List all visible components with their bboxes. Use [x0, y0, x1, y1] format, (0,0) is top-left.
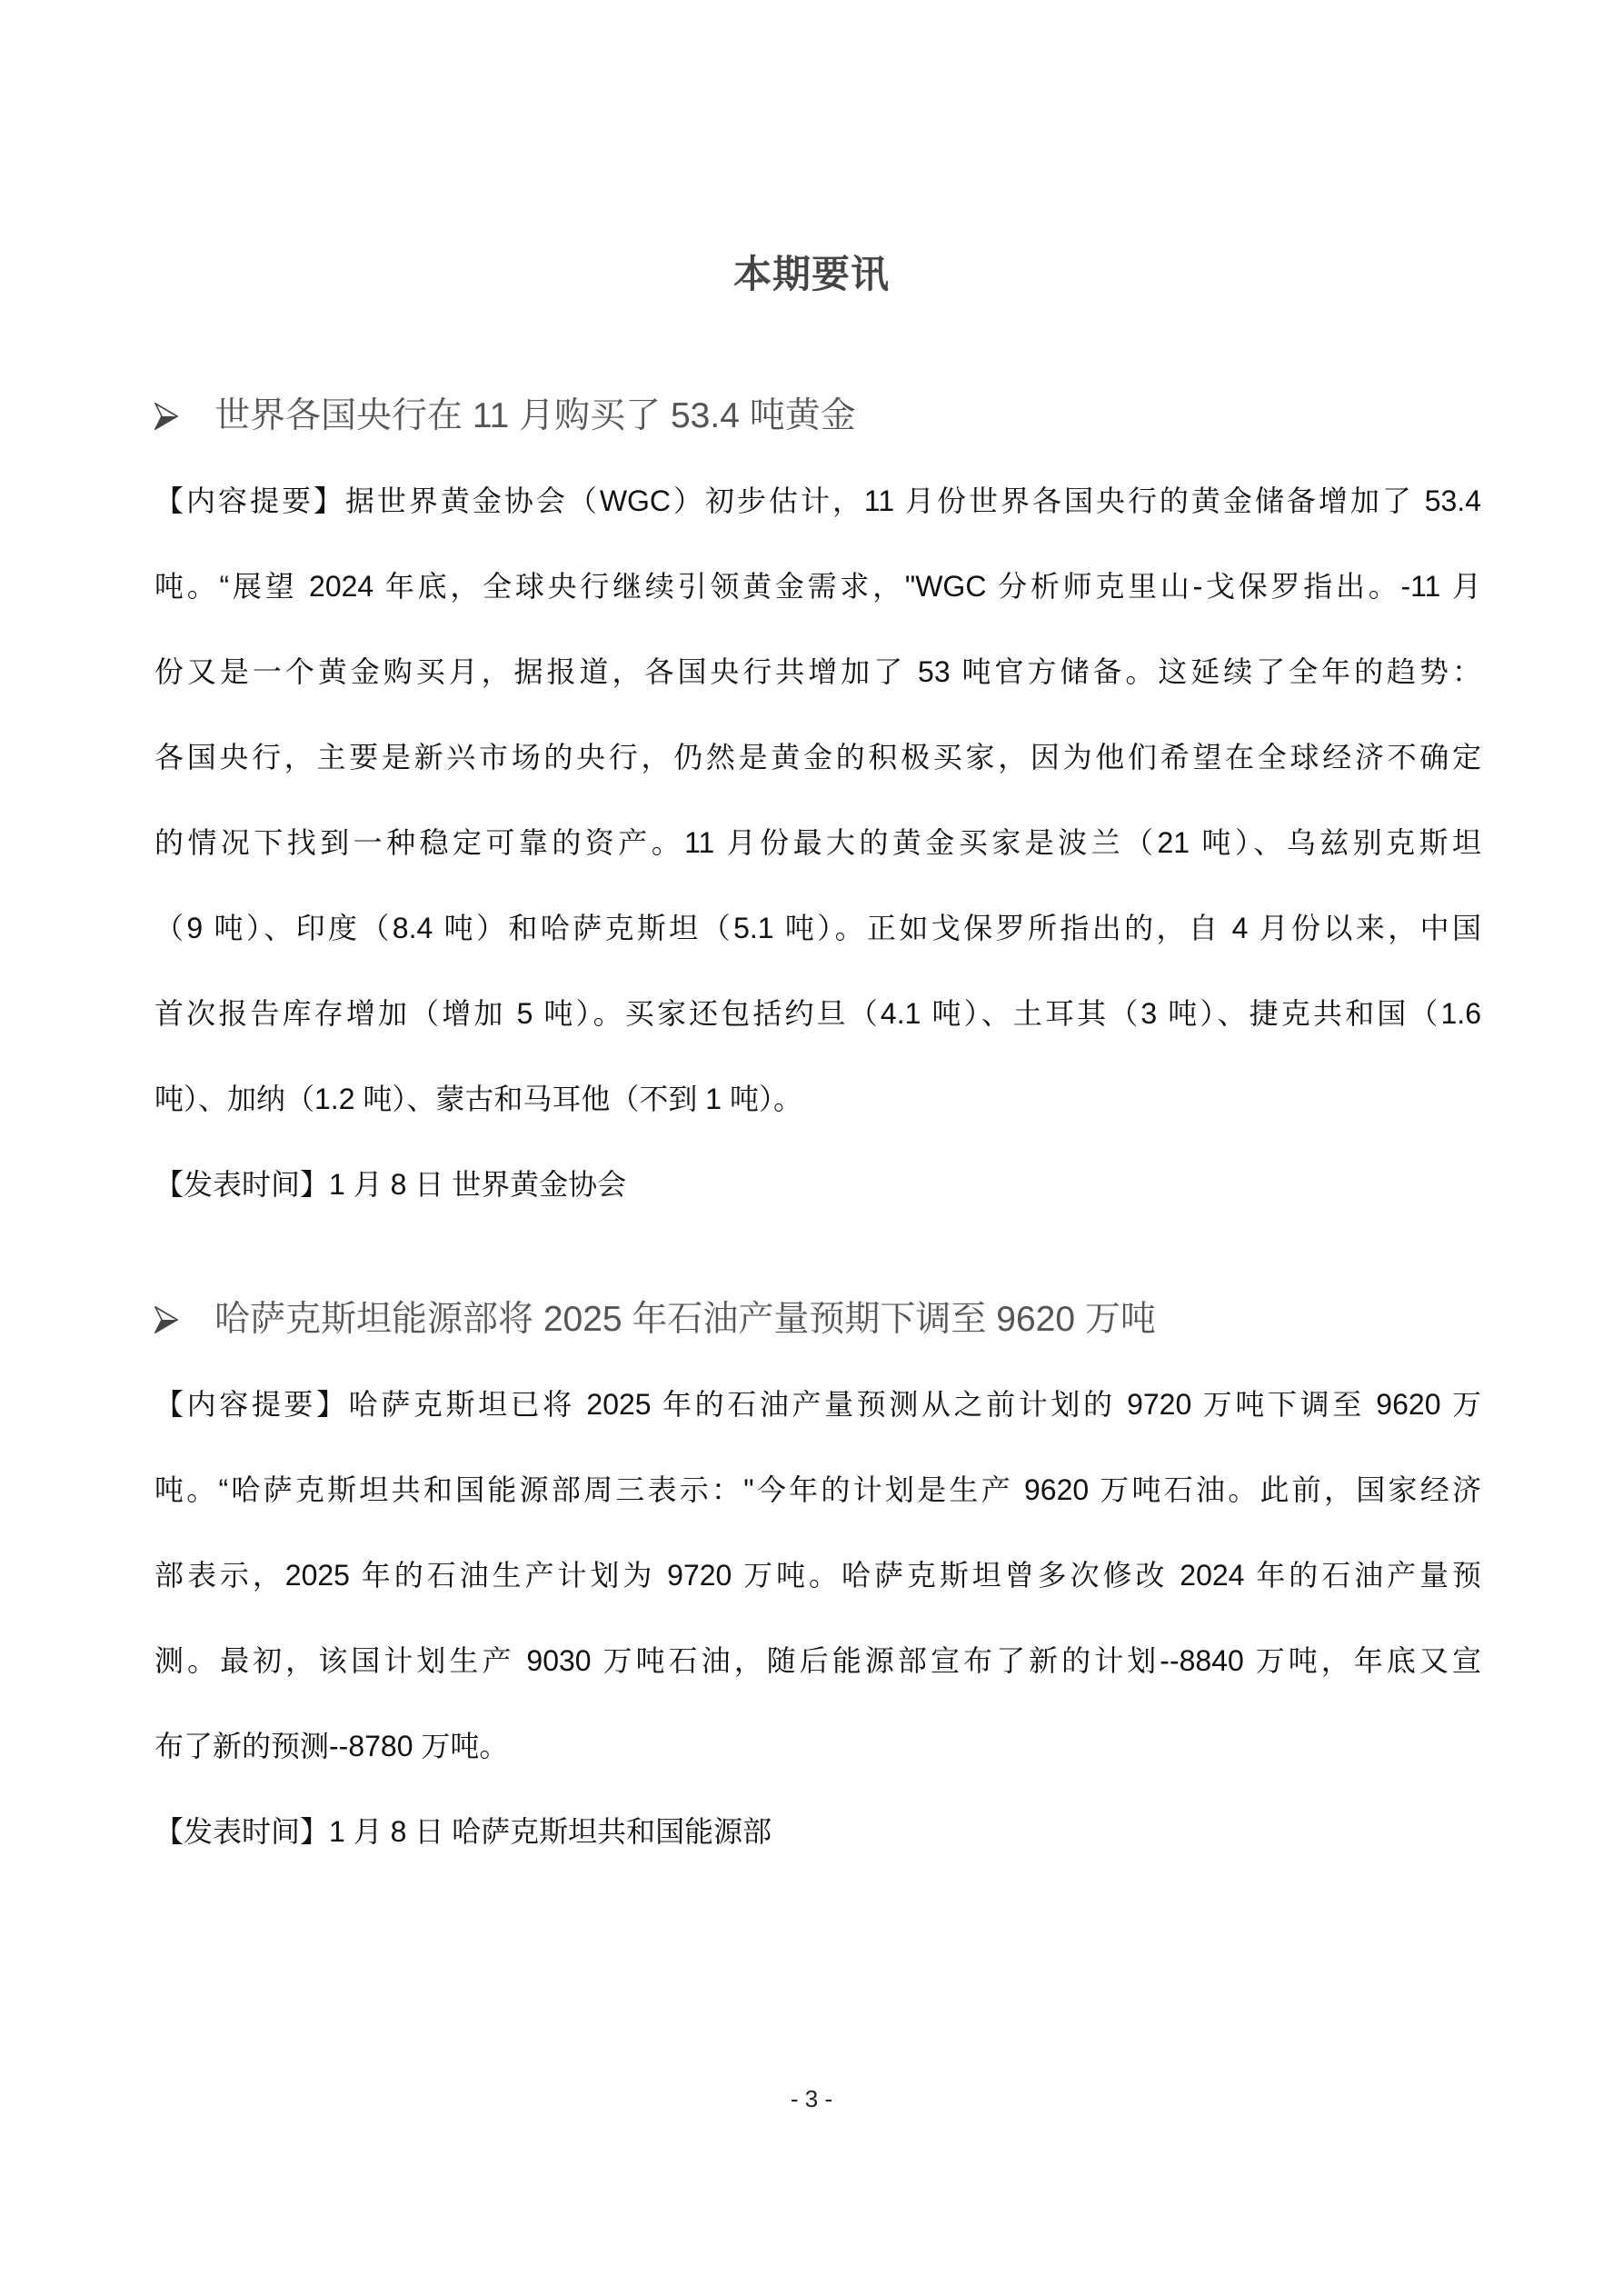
page-number: - 3 -: [0, 2083, 1623, 2114]
summary-line: 部表示，2025 年的石油生产计划为 9720 万吨。哈萨克斯坦曾多次修改 20…: [154, 1552, 1481, 1598]
summary-line: 吨。“展望 2024 年底，全球央行继续引领黄金需求，"WGC 分析师克里山-戈…: [154, 564, 1481, 609]
arrowhead-bullet-icon: [154, 1306, 178, 1333]
summary-line: 首次报告库存增加（增加 5 吨）。买家还包括约旦（4.1 吨）、土耳其（3 吨）…: [154, 991, 1481, 1036]
summary-line: 份又是一个黄金购买月，据报道，各国央行共增加了 53 吨官方储备。这延续了全年的…: [154, 649, 1481, 694]
article-heading-text: 世界各国央行在 11 月购买了 53.4 吨黄金: [214, 389, 856, 444]
summary-line: 测。最初，该国计划生产 9030 万吨石油，随后能源部宣布了新的计划--8840…: [154, 1638, 1481, 1683]
summary-line: 各国央行，主要是新兴市场的央行，仍然是黄金的积极买家，因为他们希望在全球经济不确…: [154, 734, 1481, 780]
summary-line: （9 吨）、印度（8.4 吨）和哈萨克斯坦（5.1 吨）。正如戈保罗所指出的，自…: [154, 905, 1481, 951]
summary-line: 吨。“哈萨克斯坦共和国能源部周三表示："今年的计划是生产 9620 万吨石油。此…: [154, 1467, 1481, 1512]
summary-line: 布了新的预测--8780 万吨。: [154, 1723, 1481, 1769]
summary-line: 的情况下找到一种稳定可靠的资产。11 月份最大的黄金买家是波兰（21 吨）、乌兹…: [154, 820, 1481, 865]
summary-line: 【内容提要】据世界黄金协会（WGC）初步估计，11 月份世界各国央行的黄金储备增…: [154, 478, 1481, 524]
article-heading: 哈萨克斯坦能源部将 2025 年石油产量预期下调至 9620 万吨: [154, 1293, 1156, 1347]
page-title: 本期要讯: [0, 249, 1623, 300]
article-heading: 世界各国央行在 11 月购买了 53.4 吨黄金: [154, 389, 856, 444]
summary-line: 吨）、加纳（1.2 吨）、蒙古和马耳他（不到 1 吨）。: [154, 1076, 1481, 1122]
arrowhead-bullet-icon: [154, 403, 178, 430]
published-info: 【发表时间】1 月 8 日 哈萨克斯坦共和国能源部: [154, 1809, 1481, 1854]
summary-line: 【内容提要】哈萨克斯坦已将 2025 年的石油产量预测从之前计划的 9720 万…: [154, 1382, 1481, 1427]
published-info: 【发表时间】1 月 8 日 世界黄金协会: [154, 1162, 1481, 1207]
article-heading-text: 哈萨克斯坦能源部将 2025 年石油产量预期下调至 9620 万吨: [214, 1293, 1156, 1347]
